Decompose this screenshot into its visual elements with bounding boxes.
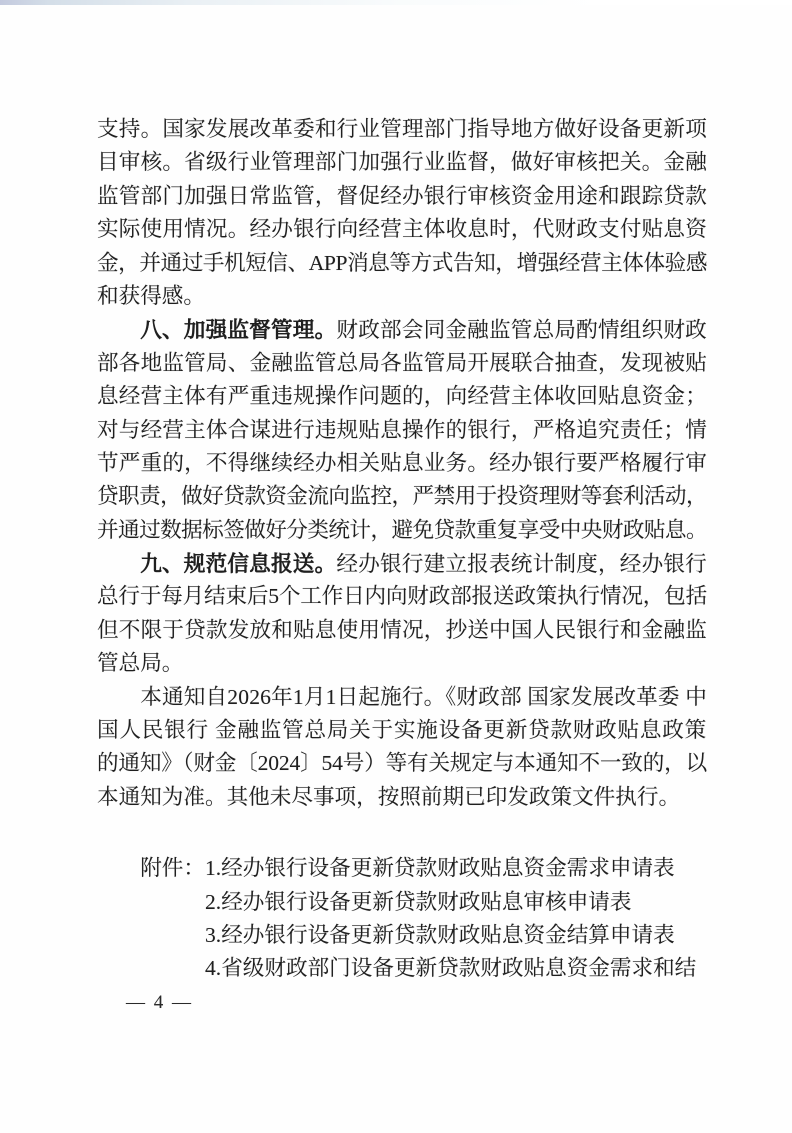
text-line: 并通过数据标签做好分类统计，避免贷款重复享受中央财政贴息。 <box>97 514 707 547</box>
text-line: 和获得感。 <box>97 280 707 313</box>
text-line: 总行于每月结束后5个工作日内向财政部报送政策执行情况，包括 <box>97 580 707 613</box>
text-line-content: 监管部门加强日常监管，督促经办银行审核资金用途和跟踪贷款 <box>97 180 707 213</box>
text-line-content: 和获得感。 <box>97 280 205 313</box>
text-line-content: 的通知》（财金〔2024〕54号）等有关规定与本通知不一致的，以 <box>97 747 707 780</box>
text-line: 但不限于贷款发放和贴息使用情况，抄送中国人民银行和金融监 <box>97 614 707 647</box>
text-run: 国人民银行 金融监管总局关于实施设备更新贷款财政贴息政策 <box>97 718 707 742</box>
text-line-content: 贷职责，做好贷款资金流向监控，严禁用于投资理财等套利活动， <box>97 480 707 513</box>
text-line-content: 3.经办银行设备更新贷款财政贴息资金结算申请表 <box>205 919 675 952</box>
text-line-content: 本通知为准。其他未尽事项，按照前期已印发政策文件执行。 <box>97 781 680 814</box>
heading-run: 八、加强监督管理。 <box>140 317 336 342</box>
text-run: 本通知自2026年1月1日起施行。《财政部 国家发展改革委 中 <box>140 685 707 709</box>
text-line-content: 附件：1.经办银行设备更新贷款财政贴息资金需求申请表 <box>140 852 674 885</box>
text-run: 贷职责，做好贷款资金流向监控，严禁用于投资理财等套利活动， <box>97 484 707 508</box>
text-line: 对与经营主体合谋进行违规贴息操作的银行，严格追究责任；情 <box>97 414 707 447</box>
text-line-content: 总行于每月结束后5个工作日内向财政部报送政策执行情况，包括 <box>97 580 707 613</box>
text-run: 的通知》（财金〔2024〕54号）等有关规定与本通知不一致的，以 <box>97 751 707 775</box>
text-run: 4.省级财政部门设备更新贷款财政贴息资金需求和结 <box>205 956 696 980</box>
text-line: 目审核。省级行业管理部门加强行业监督，做好审核把关。金融 <box>97 146 707 179</box>
text-line: 附件：1.经办银行设备更新贷款财政贴息资金需求申请表 <box>97 852 707 885</box>
text-line-content: 本通知自2026年1月1日起施行。《财政部 国家发展改革委 中 <box>140 681 707 714</box>
text-line-content: 4.省级财政部门设备更新贷款财政贴息资金需求和结 <box>205 952 696 985</box>
text-run: 对与经营主体合谋进行违规贴息操作的银行，严格追究责任；情 <box>97 418 707 442</box>
text-line: 节严重的，不得继续经办相关贴息业务。经办银行要严格履行审 <box>97 447 707 480</box>
text-run: 支持。国家发展改革委和行业管理部门指导地方做好设备更新项 <box>97 117 707 141</box>
text-line-content: 目审核。省级行业管理部门加强行业监督，做好审核把关。金融 <box>97 146 707 179</box>
text-line-content: 国人民银行 金融监管总局关于实施设备更新贷款财政贴息政策 <box>97 714 707 747</box>
text-line: 4.省级财政部门设备更新贷款财政贴息资金需求和结 <box>97 952 707 985</box>
text-line: 国人民银行 金融监管总局关于实施设备更新贷款财政贴息政策 <box>97 714 707 747</box>
page-number: — 4 — <box>126 992 193 1014</box>
text-line-content: 八、加强监督管理。财政部会同金融监管总局酌情组织财政 <box>140 313 707 347</box>
text-line: 监管部门加强日常监管，督促经办银行审核资金用途和跟踪贷款 <box>97 180 707 213</box>
text-line: 支持。国家发展改革委和行业管理部门指导地方做好设备更新项 <box>97 113 707 146</box>
text-run: 和获得感。 <box>97 284 205 308</box>
text-line-content: 实际使用情况。经办银行向经营主体收息时，代财政支付贴息资 <box>97 213 707 246</box>
document-page: 支持。国家发展改革委和行业管理部门指导地方做好设备更新项目审核。省级行业管理部门… <box>0 0 792 1133</box>
text-line-content: 并通过数据标签做好分类统计，避免贷款重复享受中央财政贴息。 <box>97 514 707 547</box>
text-line-content: 但不限于贷款发放和贴息使用情况，抄送中国人民银行和金融监 <box>97 614 707 647</box>
text-run: 监管部门加强日常监管，督促经办银行审核资金用途和跟踪贷款 <box>97 184 707 208</box>
text-line: 本通知自2026年1月1日起施行。《财政部 国家发展改革委 中 <box>97 681 707 714</box>
text-line-content: 息经营主体有严重违规操作问题的，向经营主体收回贴息资金； <box>97 380 707 413</box>
text-run: 金，并通过手机短信、APP消息等方式告知，增强经营主体体验感 <box>97 251 707 275</box>
text-run: 息经营主体有严重违规操作问题的，向经营主体收回贴息资金； <box>97 384 707 408</box>
text-line: 管总局。 <box>97 647 707 680</box>
text-line-content: 2.经办银行设备更新贷款财政贴息审核申请表 <box>205 886 631 919</box>
text-run: 财政部会同金融监管总局酌情组织财政 <box>336 318 707 342</box>
text-line-content: 节严重的，不得继续经办相关贴息业务。经办银行要严格履行审 <box>97 447 707 480</box>
text-run: 3.经办银行设备更新贷款财政贴息资金结算申请表 <box>205 923 675 947</box>
text-run: 节严重的，不得继续经办相关贴息业务。经办银行要严格履行审 <box>97 451 707 475</box>
text-run: 但不限于贷款发放和贴息使用情况，抄送中国人民银行和金融监 <box>97 618 707 642</box>
text-line-content: 支持。国家发展改革委和行业管理部门指导地方做好设备更新项 <box>97 113 707 146</box>
text-line: 部各地监管局、金融监管总局各监管局开展联合抽查，发现被贴 <box>97 347 707 380</box>
text-line: 的通知》（财金〔2024〕54号）等有关规定与本通知不一致的，以 <box>97 747 707 780</box>
text-line: 实际使用情况。经办银行向经营主体收息时，代财政支付贴息资 <box>97 213 707 246</box>
text-line-content: 部各地监管局、金融监管总局各监管局开展联合抽查，发现被贴 <box>97 347 707 380</box>
text-line: 3.经办银行设备更新贷款财政贴息资金结算申请表 <box>97 919 707 952</box>
text-run: 附件：1.经办银行设备更新贷款财政贴息资金需求申请表 <box>140 856 674 880</box>
text-line: 2.经办银行设备更新贷款财政贴息审核申请表 <box>97 886 707 919</box>
text-run: 总行于每月结束后5个工作日内向财政部报送政策执行情况，包括 <box>97 584 707 608</box>
text-line-content: 九、规范信息报送。经办银行建立报表统计制度，经办银行 <box>140 547 707 581</box>
text-line-content: 对与经营主体合谋进行违规贴息操作的银行，严格追究责任；情 <box>97 414 707 447</box>
text-run: 目审核。省级行业管理部门加强行业监督，做好审核把关。金融 <box>97 150 707 174</box>
text-line-content: 金，并通过手机短信、APP消息等方式告知，增强经营主体体验感 <box>97 247 707 280</box>
text-run: 实际使用情况。经办银行向经营主体收息时，代财政支付贴息资 <box>97 217 707 241</box>
text-line: 九、规范信息报送。经办银行建立报表统计制度，经办银行 <box>97 547 707 580</box>
text-run: 并通过数据标签做好分类统计，避免贷款重复享受中央财政贴息。 <box>97 518 707 542</box>
heading-run: 九、规范信息报送。 <box>140 551 336 576</box>
text-run: 本通知为准。其他未尽事项，按照前期已印发政策文件执行。 <box>97 785 680 809</box>
scan-edge-artifact <box>0 0 792 5</box>
text-line: 八、加强监督管理。财政部会同金融监管总局酌情组织财政 <box>97 313 707 346</box>
text-run: 管总局。 <box>97 651 183 675</box>
text-line: 贷职责，做好贷款资金流向监控，严禁用于投资理财等套利活动， <box>97 480 707 513</box>
text-line: 本通知为准。其他未尽事项，按照前期已印发政策文件执行。 <box>97 781 707 814</box>
text-line: 息经营主体有严重违规操作问题的，向经营主体收回贴息资金； <box>97 380 707 413</box>
text-line: 金，并通过手机短信、APP消息等方式告知，增强经营主体体验感 <box>97 247 707 280</box>
document-text: 支持。国家发展改革委和行业管理部门指导地方做好设备更新项目审核。省级行业管理部门… <box>97 113 707 986</box>
text-run: 2.经办银行设备更新贷款财政贴息审核申请表 <box>205 890 631 914</box>
text-run: 部各地监管局、金融监管总局各监管局开展联合抽查，发现被贴 <box>97 351 707 375</box>
text-line-content: 管总局。 <box>97 647 183 680</box>
text-run: 经办银行建立报表统计制度，经办银行 <box>336 552 707 576</box>
